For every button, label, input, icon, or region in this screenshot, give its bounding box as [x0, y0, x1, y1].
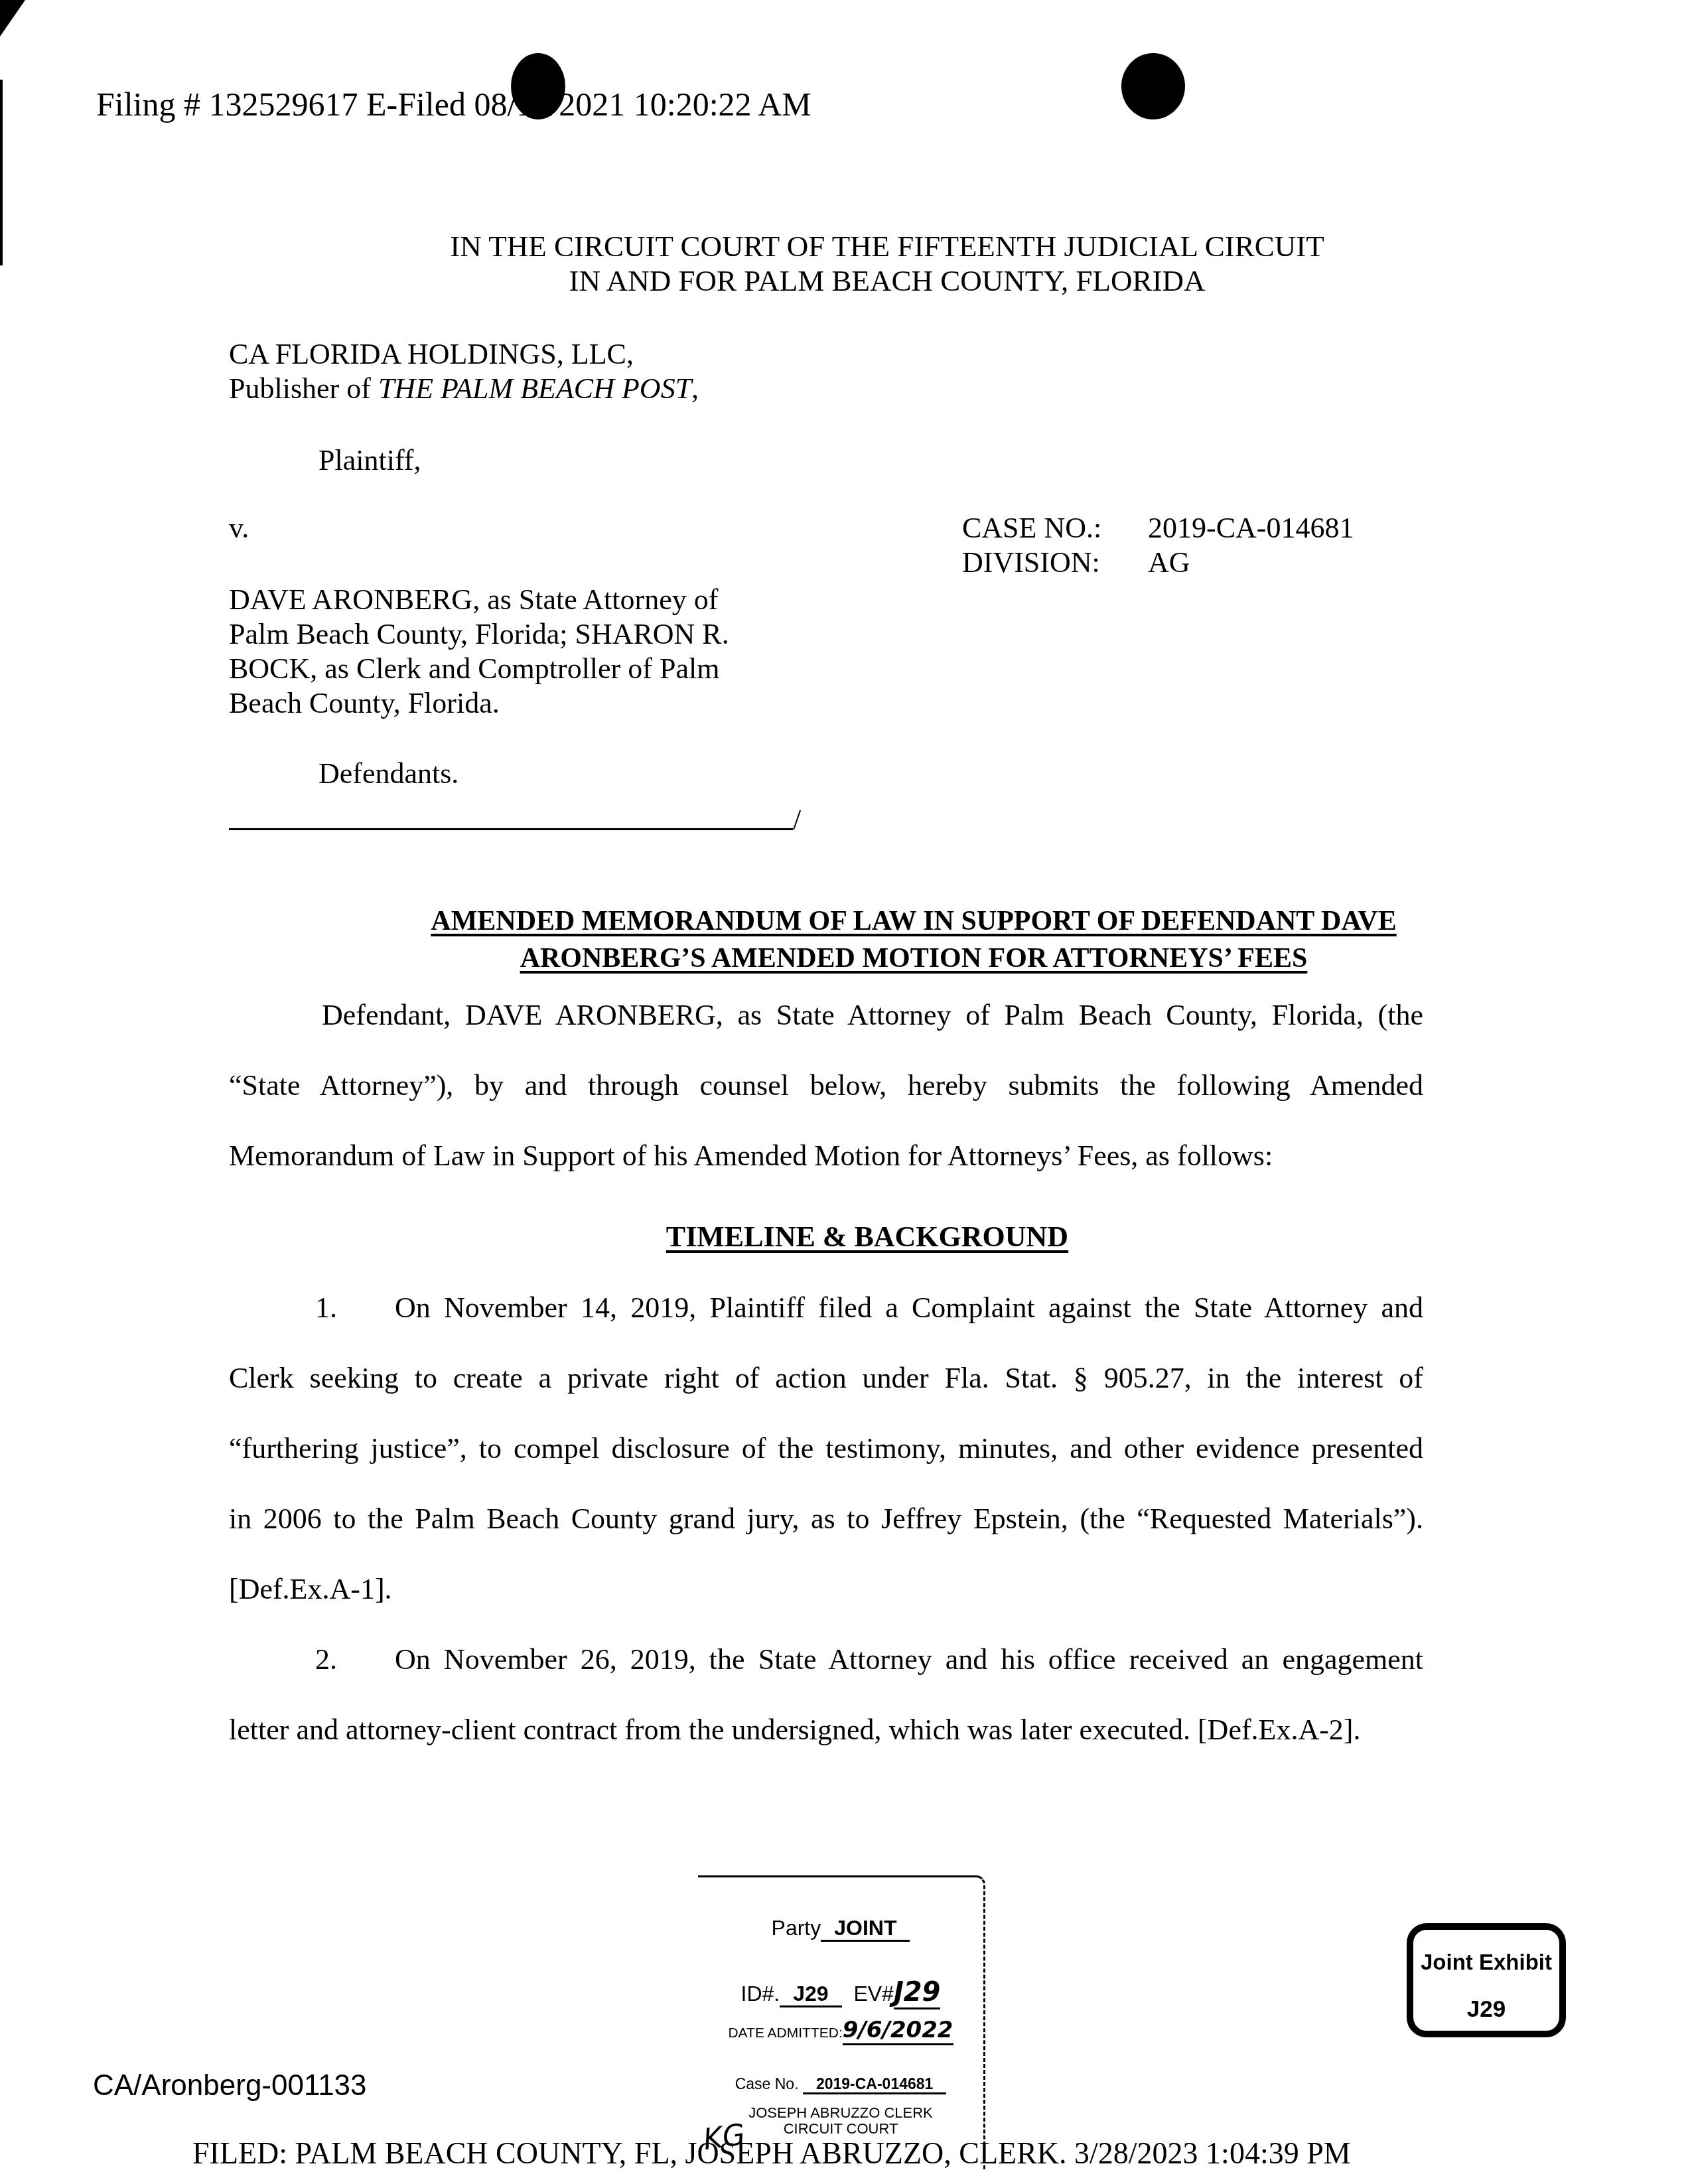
- punch-hole-mark: [1121, 53, 1185, 119]
- plaintiff-name: CA FLORIDA HOLDINGS, LLC,: [229, 337, 634, 372]
- stamp-case-value: 2019-CA-014681: [803, 2075, 946, 2094]
- numbered-paragraph-2-first-line: 2. On November 26, 2019, the State Attor…: [229, 1642, 1423, 1677]
- section-heading-text: TIMELINE & BACKGROUND: [666, 1220, 1068, 1253]
- caption-slash: /: [793, 803, 801, 837]
- intro-paragraph-line: “State Attorney”), by and through counse…: [229, 1068, 1423, 1103]
- court-heading-line1: IN THE CIRCUIT COURT OF THE FIFTEENTH JU…: [0, 229, 1688, 263]
- defendants-line: BOCK, as Clerk and Comptroller of Palm: [229, 652, 719, 686]
- division-row: DIVISION:AG: [962, 546, 1354, 580]
- case-info: CASE NO.:2019-CA-014681 DIVISION:AG: [962, 511, 1354, 580]
- stamp-id-row: ID#.J29 EV#J29: [698, 1977, 983, 2007]
- defendants-role: Defendants.: [318, 757, 458, 791]
- stamp-case-label: Case No.: [735, 2075, 799, 2092]
- scan-corner-artifact: [0, 0, 25, 36]
- stamp-party-label: Party: [772, 1916, 821, 1940]
- document-title-text: AMENDED MEMORANDUM OF LAW IN SUPPORT OF …: [431, 906, 1396, 936]
- intro-paragraph-line: Defendant, DAVE ARONBERG, as State Attor…: [229, 998, 1423, 1033]
- caption-divider: [229, 828, 793, 830]
- paragraph-number: 2.: [315, 1642, 395, 1677]
- paragraph-number: 1.: [315, 1291, 395, 1325]
- joint-exhibit-badge: Joint Exhibit J29: [1407, 1923, 1566, 2037]
- stamp-party-row: PartyJOINT: [698, 1916, 983, 1940]
- stamp-id-value: J29: [780, 1982, 841, 2007]
- paragraph-text: On November 26, 2019, the State Attorney…: [395, 1642, 1423, 1677]
- paragraph-line: “furthering justice”, to compel disclosu…: [229, 1431, 1423, 1466]
- plaintiff-desc-prefix: Publisher of: [229, 372, 378, 405]
- document-title-line1: AMENDED MEMORANDUM OF LAW IN SUPPORT OF …: [0, 903, 1688, 940]
- paragraph-line: Clerk seeking to create a private right …: [229, 1361, 1423, 1396]
- division-label: DIVISION:: [962, 546, 1148, 580]
- paragraph-line: in 2006 to the Palm Beach County grand j…: [229, 1502, 1423, 1536]
- defendants-line: Beach County, Florida.: [229, 686, 500, 721]
- versus: v.: [229, 511, 249, 546]
- document-title-text: ARONBERG’S AMENDED MOTION FOR ATTORNEYS’…: [520, 943, 1308, 974]
- case-number-row: CASE NO.:2019-CA-014681: [962, 511, 1354, 546]
- defendants-line: DAVE ARONBERG, as State Attorney of: [229, 583, 718, 617]
- defendants-line: Palm Beach County, Florida; SHARON R.: [229, 617, 729, 652]
- paragraph-line: letter and attorney-client contract from…: [229, 1713, 1423, 1747]
- stamp-party-value: JOINT: [821, 1916, 910, 1942]
- case-number-value: 2019-CA-014681: [1148, 512, 1354, 544]
- case-number-label: CASE NO.:: [962, 511, 1148, 546]
- efiling-header: Filing # 132529617 E-Filed 08/12/2021 10…: [96, 85, 811, 123]
- stamp-ev-label: EV#: [853, 1982, 893, 2005]
- intro-paragraph-line: Memorandum of Law in Support of his Amen…: [229, 1139, 1423, 1173]
- clerk-filing-footer: FILED: PALM BEACH COUNTY, FL, JOSEPH ABR…: [192, 2136, 1351, 2171]
- plaintiff-role: Plaintiff,: [318, 443, 421, 478]
- stamp-ev-value: J29: [894, 1977, 941, 2009]
- stamp-date-label: DATE ADMITTED:: [728, 2025, 842, 2041]
- plaintiff-desc-suffix: ,: [691, 372, 699, 405]
- plaintiff-description: Publisher of THE PALM BEACH POST,: [229, 372, 699, 406]
- division-value: AG: [1148, 546, 1190, 579]
- stamp-date-row: DATE ADMITTED:9/6/2022: [698, 2017, 983, 2043]
- document-title-line2: ARONBERG’S AMENDED MOTION FOR ATTORNEYS’…: [0, 940, 1688, 977]
- publication-name: THE PALM BEACH POST: [378, 372, 691, 405]
- paragraph-line: [Def.Ex.A-1].: [229, 1572, 1423, 1607]
- court-heading-line2: IN AND FOR PALM BEACH COUNTY, FLORIDA: [0, 263, 1688, 298]
- badge-title: Joint Exhibit: [1413, 1950, 1559, 1975]
- paragraph-text: On November 14, 2019, Plaintiff filed a …: [395, 1291, 1423, 1325]
- badge-number: J29: [1413, 1996, 1559, 2023]
- stamp-case-row: Case No. 2019-CA-014681: [698, 2075, 983, 2093]
- section-heading: TIMELINE & BACKGROUND: [0, 1220, 1688, 1254]
- stamp-date-value: 9/6/2022: [843, 2017, 953, 2045]
- bates-number: CA/Aronberg-001133: [93, 2069, 367, 2102]
- stamp-id-label: ID#.: [741, 1982, 780, 2005]
- numbered-paragraph-1-first-line: 1. On November 14, 2019, Plaintiff filed…: [229, 1291, 1423, 1325]
